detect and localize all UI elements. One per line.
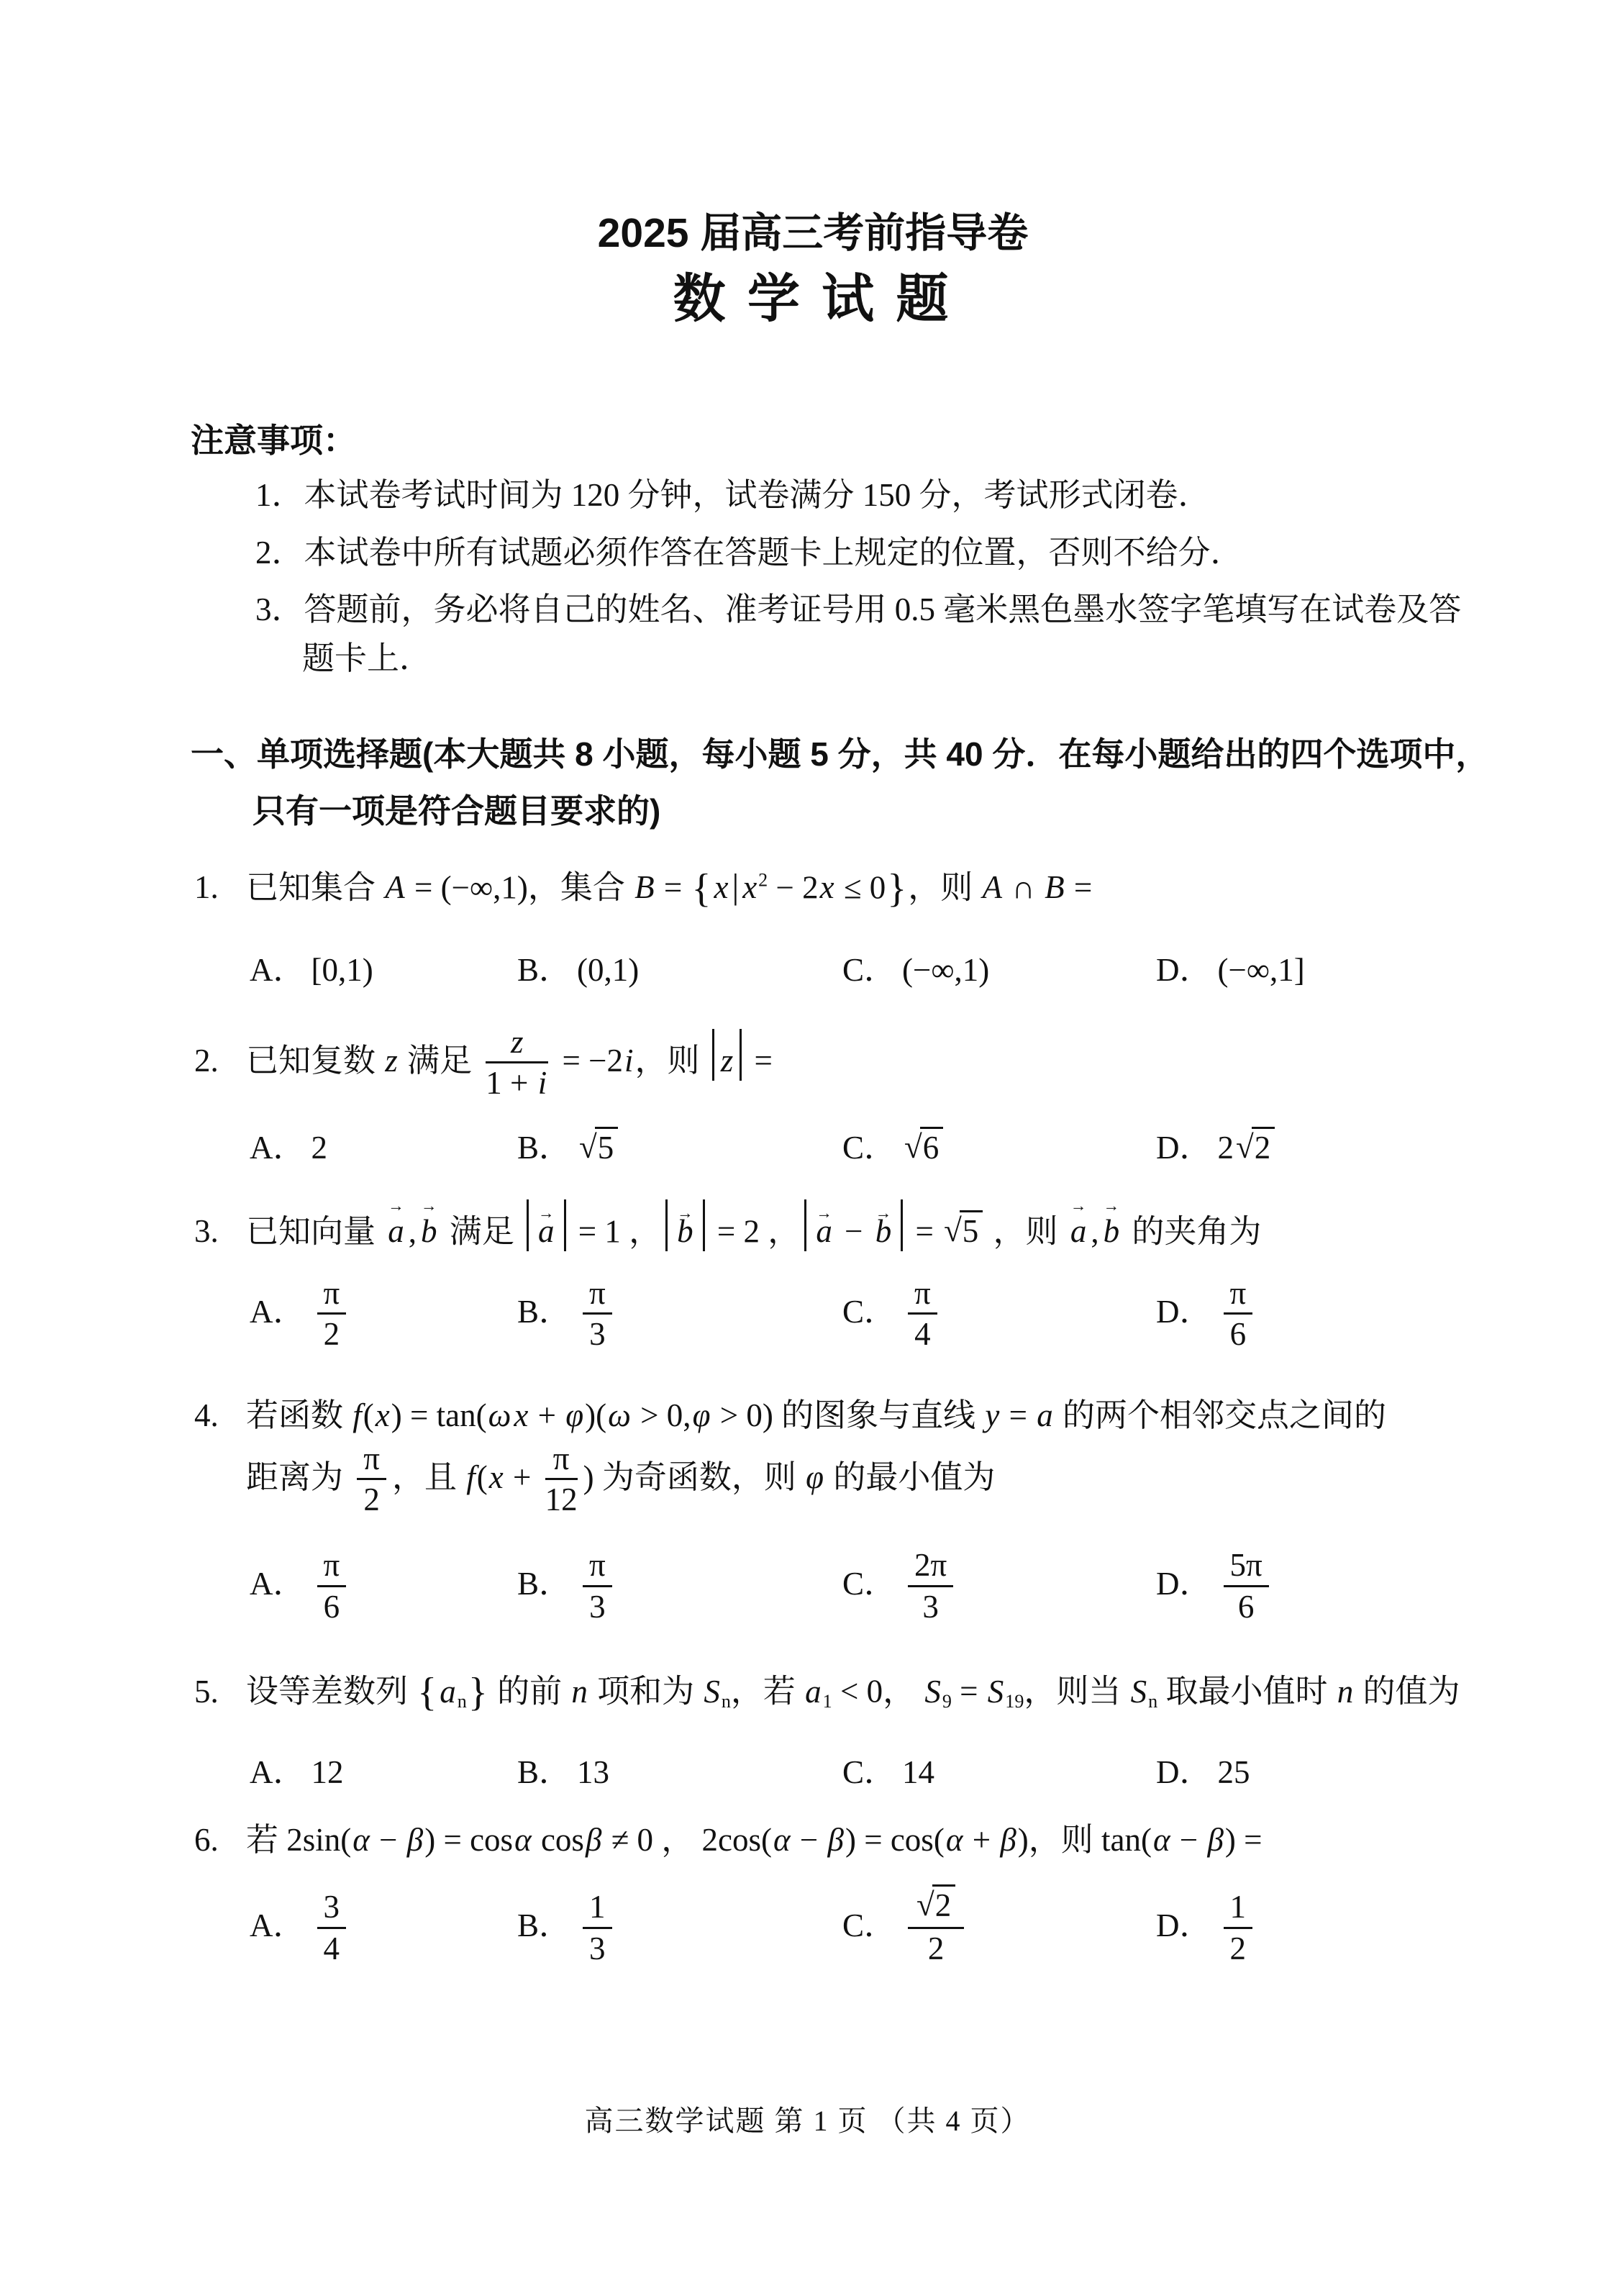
option-label: C．	[842, 1754, 896, 1790]
option-label: A．	[250, 1566, 306, 1602]
question-1-number: 1.	[194, 863, 246, 913]
option-label: A．	[250, 1754, 306, 1790]
option-value: 5π6	[1218, 1566, 1275, 1602]
option-value: 34	[311, 1907, 352, 1943]
notice-item-3-line-1: 3．答题前，务必将自己的姓名、准考证号用 0.5 毫米黑色墨水签字笔填写在试卷及…	[302, 586, 1435, 635]
option-label: B．	[517, 1294, 571, 1330]
option-value: √6	[902, 1130, 945, 1166]
question-1: 1.已知集合 A = (−∞,1)，集合 B = {x|x2 − 2x ≤ 0}…	[194, 858, 1435, 990]
notice-heading: 注意事项：	[191, 419, 1435, 463]
question-6-option-A: A．34	[250, 1889, 517, 1966]
question-6-option-D: D．12	[1156, 1889, 1435, 1966]
question-5-stem-line-1: 5.设等差数列 {an} 的前 n 项和为 Sn，若 a1 < 0， S9 = …	[194, 1661, 1435, 1724]
question-3-option-B: B．π3	[517, 1276, 842, 1352]
option-label: A．	[250, 1130, 306, 1166]
question-4-option-A: A．π6	[250, 1548, 517, 1624]
question-5-options: A．12B．13C．14D．25	[250, 1746, 1435, 1792]
option-label: C．	[842, 1294, 896, 1330]
option-value: π3	[577, 1566, 618, 1602]
question-4-option-B: B．π3	[517, 1548, 842, 1624]
option-label: B．	[517, 1907, 571, 1943]
questions-list: 1.已知集合 A = (−∞,1)，集合 B = {x|x2 − 2x ≤ 0}…	[191, 858, 1435, 1966]
section-heading-line-1: 一、单项选择题(本大题共 8 小题，每小题 5 分，共 40 分．在每小题给出的…	[191, 726, 1435, 783]
option-value: 25	[1218, 1754, 1250, 1790]
option-value: (−∞,1)	[902, 952, 989, 988]
question-3-number: 3.	[194, 1207, 246, 1257]
option-label: D．	[1156, 1294, 1212, 1330]
option-value: 13	[577, 1907, 618, 1943]
question-3-stem-line-1: 3.已知向量 →a,→b 满足 →a = 1 ，→b = 2 ，→a − →b …	[194, 1199, 1435, 1257]
notice-item-3: 3．答题前，务必将自己的姓名、准考证号用 0.5 毫米黑色墨水签字笔填写在试卷及…	[191, 586, 1435, 683]
option-value: 13	[577, 1754, 609, 1790]
question-6-options: A．34B．13C．√22D．12	[250, 1884, 1435, 1966]
question-1-option-D: D．(−∞,1]	[1156, 943, 1435, 990]
option-value: π6	[311, 1566, 352, 1602]
question-6-option-B: B．13	[517, 1889, 842, 1966]
option-label: D．	[1156, 952, 1212, 988]
question-5-number: 5.	[194, 1667, 246, 1718]
option-label: B．	[517, 1130, 571, 1166]
option-value: 12	[1218, 1907, 1259, 1943]
option-label: B．	[517, 952, 571, 988]
option-value: (−∞,1]	[1218, 952, 1305, 988]
question-4-stem-line-1: 4.若函数 f(x) = tan(ωx + φ)(ω > 0,φ > 0) 的图…	[194, 1391, 1435, 1441]
question-2-option-D: D．2√2	[1156, 1121, 1435, 1168]
question-2-option-A: A．2	[250, 1121, 517, 1168]
exam-series-title: 2025 届高三考前指导卷	[191, 210, 1435, 258]
option-label: D．	[1156, 1566, 1212, 1602]
question-4: 4.若函数 f(x) = tan(ωx + φ)(ω > 0,φ > 0) 的图…	[194, 1391, 1435, 1624]
page-footer: 高三数学试题 第 1 页 （共 4 页）	[0, 2098, 1615, 2139]
option-value: π4	[902, 1294, 943, 1330]
notice-list: 1．本试卷考试时间为 120 分钟，试卷满分 150 分，考试形式闭卷．2．本试…	[191, 471, 1435, 683]
question-2-options: A．2B．√5C．√6D．2√2	[250, 1121, 1435, 1168]
notice-item-1: 1．本试卷考试时间为 120 分钟，试卷满分 150 分，考试形式闭卷．	[191, 471, 1435, 520]
option-label: C．	[842, 1130, 896, 1166]
option-label: D．	[1156, 1754, 1212, 1790]
question-3-option-D: D．π6	[1156, 1276, 1435, 1352]
option-label: A．	[250, 1907, 306, 1943]
exam-paper-page: 2025 届高三考前指导卷 数 学 试 题 注意事项： 1．本试卷考试时间为 1…	[0, 0, 1615, 2296]
question-5-option-B: B．13	[517, 1746, 842, 1792]
option-label: A．	[250, 952, 306, 988]
question-3-option-A: A．π2	[250, 1276, 517, 1352]
notice-item-2-line-1: 2．本试卷中所有试题必须作答在答题卡上规定的位置，否则不给分．	[302, 529, 1435, 578]
notice-item-2: 2．本试卷中所有试题必须作答在答题卡上规定的位置，否则不给分．	[191, 529, 1435, 578]
option-label: C．	[842, 1566, 896, 1602]
option-value: π2	[311, 1294, 352, 1330]
option-label: B．	[517, 1754, 571, 1790]
question-4-options: A．π6B．π3C．2π3D．5π6	[250, 1548, 1435, 1624]
option-value: 2√2	[1218, 1130, 1278, 1166]
question-5: 5.设等差数列 {an} 的前 n 项和为 Sn，若 a1 < 0， S9 = …	[194, 1661, 1435, 1792]
question-4-stem-line-2: 距离为 π2，且 f(x + π12) 为奇函数，则 φ 的最小值为	[246, 1441, 1435, 1517]
question-1-option-C: C．(−∞,1)	[842, 943, 1156, 990]
option-label: A．	[250, 1294, 306, 1330]
question-6-option-C: C．√22	[842, 1884, 1156, 1966]
option-value: √22	[902, 1907, 970, 1943]
question-3-options: A．π2B．π3C．π4D．π6	[250, 1276, 1435, 1352]
notice-item-3-line-2: 题卡上．	[302, 635, 1435, 684]
question-1-option-B: B．(0,1)	[517, 943, 842, 990]
question-5-option-D: D．25	[1156, 1746, 1435, 1792]
exam-subject-title: 数 学 试 题	[191, 269, 1435, 330]
question-4-option-D: D．5π6	[1156, 1548, 1435, 1624]
question-6-number: 6.	[194, 1815, 246, 1866]
exam-header: 2025 届高三考前指导卷 数 学 试 题	[191, 210, 1435, 329]
option-value: 12	[311, 1754, 344, 1790]
question-2: 2.已知复数 z 满足 z1 + i = −2i，则 z =A．2B．√5C．√…	[194, 1025, 1435, 1168]
section-heading-line-2: 只有一项是符合题目要求的)	[191, 783, 1435, 840]
question-5-option-C: C．14	[842, 1746, 1156, 1792]
option-value: 2	[311, 1130, 328, 1166]
notice-section: 注意事项： 1．本试卷考试时间为 120 分钟，试卷满分 150 分，考试形式闭…	[191, 419, 1435, 683]
question-5-option-A: A．12	[250, 1746, 517, 1792]
notice-item-1-line-1: 1．本试卷考试时间为 120 分钟，试卷满分 150 分，考试形式闭卷．	[302, 471, 1435, 520]
option-value: (0,1)	[577, 952, 639, 988]
option-value: π3	[577, 1294, 618, 1330]
question-2-stem-line-1: 2.已知复数 z 满足 z1 + i = −2i，则 z =	[194, 1025, 1435, 1101]
question-1-options: A．[0,1)B．(0,1)C．(−∞,1)D．(−∞,1]	[250, 943, 1435, 990]
option-label: B．	[517, 1566, 571, 1602]
option-label: D．	[1156, 1907, 1212, 1943]
option-label: D．	[1156, 1130, 1212, 1166]
option-value: 2π3	[902, 1566, 959, 1602]
question-1-option-A: A．[0,1)	[250, 943, 517, 990]
option-value: √5	[577, 1130, 620, 1166]
question-4-option-C: C．2π3	[842, 1548, 1156, 1624]
question-6: 6.若 2sin(α − β) = cosα cosβ ≠ 0 ， 2cos(α…	[194, 1815, 1435, 1966]
section-one-heading: 一、单项选择题(本大题共 8 小题，每小题 5 分，共 40 分．在每小题给出的…	[191, 726, 1435, 840]
option-label: C．	[842, 1907, 896, 1943]
question-6-stem-line-1: 6.若 2sin(α − β) = cosα cosβ ≠ 0 ， 2cos(α…	[194, 1815, 1435, 1866]
option-value: [0,1)	[311, 952, 373, 988]
option-value: 14	[902, 1754, 934, 1790]
question-3: 3.已知向量 →a,→b 满足 →a = 1 ，→b = 2 ，→a − →b …	[194, 1199, 1435, 1352]
option-label: C．	[842, 952, 896, 988]
question-2-option-B: B．√5	[517, 1121, 842, 1168]
question-2-option-C: C．√6	[842, 1121, 1156, 1168]
question-2-number: 2.	[194, 1036, 246, 1086]
question-3-option-C: C．π4	[842, 1276, 1156, 1352]
question-1-stem-line-1: 1.已知集合 A = (−∞,1)，集合 B = {x|x2 − 2x ≤ 0}…	[194, 858, 1435, 920]
option-value: π6	[1218, 1294, 1259, 1330]
question-4-number: 4.	[194, 1391, 246, 1441]
